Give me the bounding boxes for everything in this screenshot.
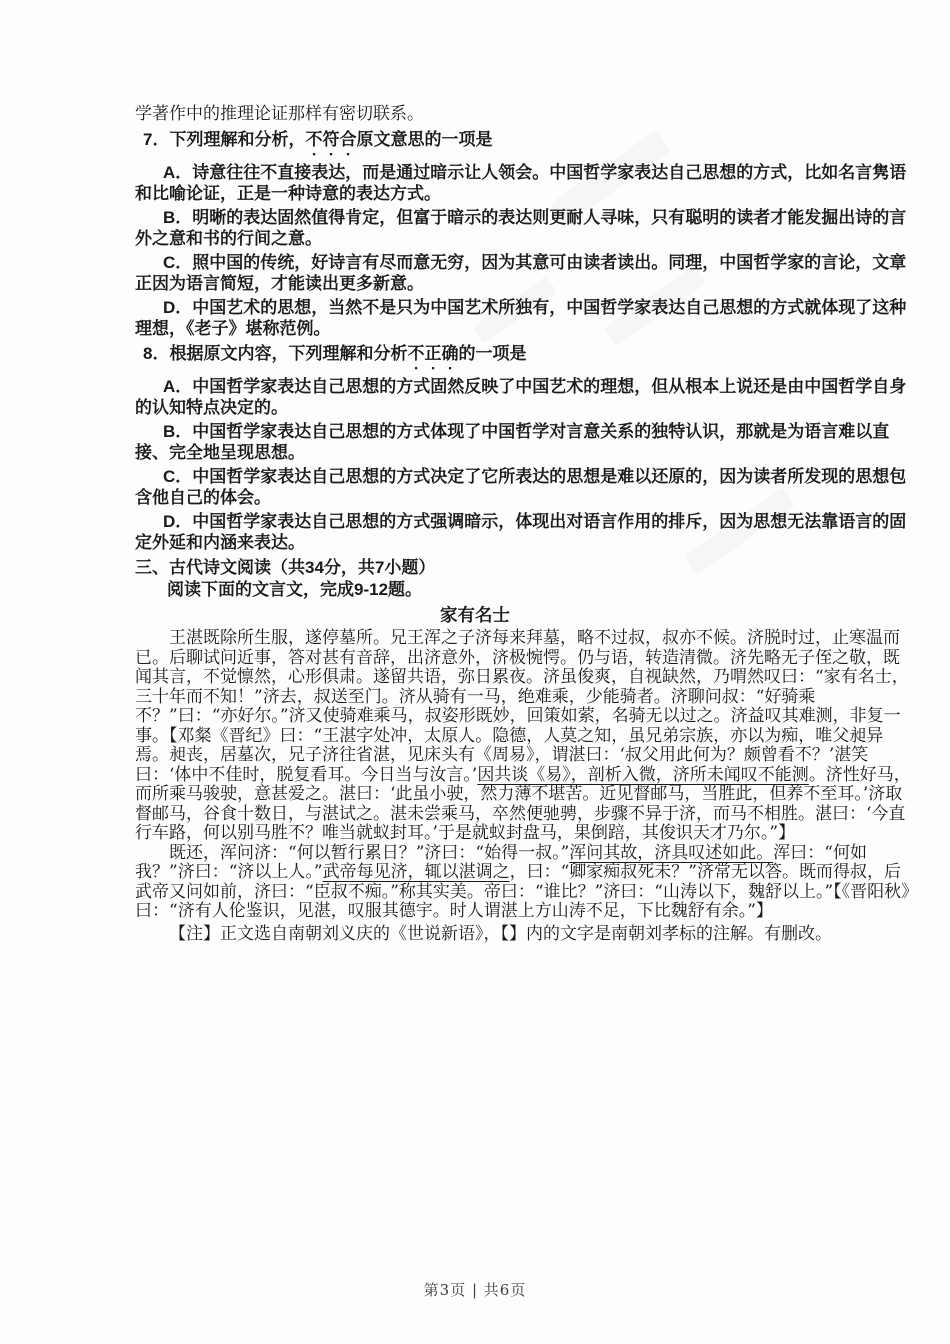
question-8-option-a: A．中国哲学家表达自己思想的方式固然反映了中国艺术的理想，但从根本上说还是由中国… [135, 376, 915, 418]
question-8-option-b: B．中国哲学家表达自己思想的方式体现了中国哲学对言意关系的独特认识，那就是为语言… [135, 421, 915, 463]
question-7-stem: 7．下列理解和分析，不符合原文意思的一项是 [135, 129, 915, 159]
exam-page: 学著作中的推理论证那样有密切联系。 7．下列理解和分析，不符合原文意思的一项是 … [0, 0, 950, 1344]
question-7-option-a: A．诗意往往不直接表达，而是通过暗示让人领会。中国哲学家表达自己思想的方式，比如… [135, 162, 915, 204]
text-column: 学著作中的推理论证那样有密切联系。 7．下列理解和分析，不符合原文意思的一项是 … [135, 104, 915, 944]
section-3-heading: 三、古代诗文阅读（共34分，共7小题） [135, 557, 915, 578]
question-7-option-c: C．照中国的传统，好诗言有尽而意无穷，因为其意可由读者读出。同理，中国哲学家的言… [135, 252, 915, 294]
question-8-stem: 8．根据原文内容，下列理解和分析不正确的一项是 [135, 343, 915, 373]
page-footer: 第3页 | 共6页 [0, 1279, 950, 1300]
passage-note: 【注】正文选自南朝刘义庆的《世说新语》，【】内的文字是南朝刘孝标的注解。有删改。 [135, 925, 915, 945]
passage-title: 家有名士 [35, 603, 915, 627]
reading-instruction: 阅读下面的文言文，完成9-12题。 [135, 579, 915, 600]
question-8-option-d: D．中国哲学家表达自己思想的方式强调暗示，体现出对语言作用的排斥，因为思想无法靠… [135, 511, 915, 553]
question-7-option-d: D．中国艺术的思想，当然不是只为中国艺术所独有，中国哲学家表达自己思想的方式就体… [135, 297, 915, 339]
question-8-option-c: C．中国哲学家表达自己思想的方式决定了它所表达的思想是难以还原的，因为读者所发现… [135, 466, 915, 508]
question-7-option-b: B．明晰的表达固然值得肯定，但富于暗示的表达则更耐人寻味，只有聪明的读者才能发掘… [135, 207, 915, 249]
passage-paragraph-2: 既还，浑问济：“何以暂行累日？”济曰：“始得一叔。”浑问其故，济具叹述如此。浑曰… [135, 844, 915, 922]
passage-paragraph-1: 王湛既除所生服，遂停墓所。兄王浑之子济每来拜墓，略不过叔，叔亦不候。济脱时过，止… [135, 629, 915, 844]
carryover-line: 学著作中的推理论证那样有密切联系。 [135, 104, 915, 125]
